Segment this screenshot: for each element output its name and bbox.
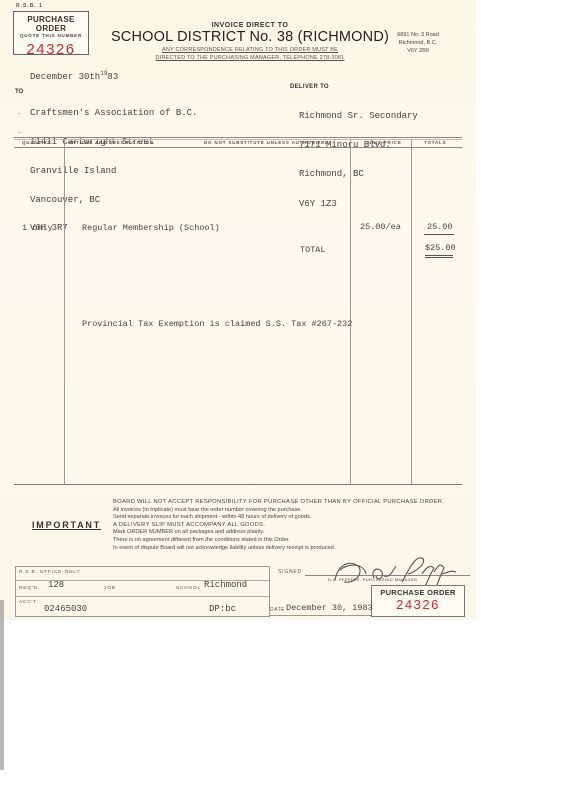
grand-total-underline xyxy=(425,257,453,258)
acct-value: 02465030 xyxy=(44,604,87,614)
bullet-dot: · xyxy=(18,128,21,137)
order-date-text: December 30th xyxy=(30,72,100,82)
signer-name: D.A. PFEFFER, PURCHASING MANAGER xyxy=(328,578,417,582)
job-label: JOB xyxy=(104,586,116,591)
delivery-address: Richmond Sr. Secondary 7171 Minoru Blvd.… xyxy=(299,92,418,229)
letterhead: INVOICE DIRECT TO SCHOOL DISTRICT No. 38… xyxy=(110,22,390,62)
col-header-unit-price: UNIT PRICE xyxy=(368,140,402,145)
important-label: IMPORTANT xyxy=(32,520,101,530)
order-date-year: 83 xyxy=(107,72,118,82)
deliver-to-label: DELIVER TO xyxy=(290,84,329,90)
office-title: R.S.B. OFFICE-ONLY xyxy=(19,570,81,575)
po-number-bottom: 24326 xyxy=(372,597,464,612)
delivery-name: Richmond Sr. Secondary xyxy=(299,112,418,122)
row-unit-price: 25.00/ea xyxy=(360,222,401,232)
form-code: R.S.B. 1 xyxy=(16,3,43,9)
col-header-quantity: QUANTITY xyxy=(22,140,51,145)
delivery-city: Richmond, BC xyxy=(299,170,418,180)
typist-initials: DP:bc xyxy=(209,604,236,614)
correspondence-line-1: ANY CORRESPONDENCE RELATING TO THIS ORDE… xyxy=(110,46,390,54)
row-quantity: 1 only xyxy=(22,223,53,233)
term-line: BOARD WILL NOT ACCEPT RESPONSIBILITY FOR… xyxy=(113,499,444,507)
tax-exemption-note: Provincial Tax Exemption is claimed S.S.… xyxy=(82,319,352,329)
column-divider xyxy=(411,140,412,484)
address-line: V6Y 2B9 xyxy=(388,47,448,55)
purchase-order-document: R.S.B. 1 PURCHASE ORDER QUOTE THIS NUMBE… xyxy=(0,0,476,620)
office-use-box: R.S.B. OFFICE-ONLY REQ'N. 128 JOB SCHOOL… xyxy=(15,566,270,617)
acct-label: ACC'T. xyxy=(19,600,39,605)
purchase-order-number-box: PURCHASE ORDER QUOTE THIS NUMBER 24326 xyxy=(13,11,89,55)
term-line: All invoices (in triplicate) must bear t… xyxy=(113,507,444,515)
scan-edge xyxy=(0,600,4,770)
po-box-bottom-title: PURCHASE ORDER xyxy=(372,588,464,597)
order-date: December 30th1983 xyxy=(30,70,118,82)
row-total: 25.00 xyxy=(427,222,453,232)
total-label: TOTAL xyxy=(300,245,326,255)
district-address: 6891 No. 3 Road Richmond, B.C. V6Y 2B9 xyxy=(388,31,448,55)
col-header-no-substitute: DO NOT SUBSTITUTE UNLESS AUTHORIZED xyxy=(204,140,329,145)
correspondence-line-2: DIRECTED TO THE PURCHASING MANAGER, TELE… xyxy=(110,54,390,62)
delivery-postal: V6Y 1Z3 xyxy=(299,200,418,210)
school-value: Richmond xyxy=(204,580,247,590)
date-line xyxy=(269,615,371,616)
po-box-title: PURCHASE ORDER xyxy=(14,15,88,33)
address-line: Richmond, B.C. xyxy=(388,39,448,47)
po-number: 24326 xyxy=(14,41,88,58)
school-label: SCHOOL xyxy=(176,586,201,591)
term-line: Mark ORDER NUMBER on all packages and ad… xyxy=(113,529,444,537)
table-header-rule xyxy=(14,147,462,148)
purchase-order-number-box-bottom: PURCHASE ORDER 24326 xyxy=(371,585,465,617)
signed-label: SIGNED xyxy=(278,569,302,575)
subtotal-underline xyxy=(424,234,454,235)
column-divider xyxy=(64,140,65,484)
term-line: There is no agreement different from the… xyxy=(113,537,444,545)
req-value: 128 xyxy=(48,580,64,590)
grand-total-underline xyxy=(425,255,453,256)
term-line: A DELIVERY SLIP MUST ACCOMPANY ALL GOODS… xyxy=(113,522,444,530)
district-name: SCHOOL DISTRICT No. 38 (RICHMOND) xyxy=(110,29,390,46)
date-label: DATE xyxy=(270,607,285,613)
to-label: TO xyxy=(15,89,23,95)
invoice-direct-label: INVOICE DIRECT TO xyxy=(110,22,390,29)
vendor-name: Craftsmen's Association of B.C. xyxy=(30,109,197,119)
terms-list: BOARD WILL NOT ACCEPT RESPONSIBILITY FOR… xyxy=(113,499,444,552)
bullet-dot: · xyxy=(18,109,21,118)
col-header-totals: TOTALS xyxy=(424,140,446,145)
table-bottom-rule xyxy=(14,484,462,485)
grand-total: $25.00 xyxy=(425,243,456,253)
vendor-city: Vancouver, BC xyxy=(30,196,197,206)
col-header-article: ARTICLE AND SPECIFICATION xyxy=(68,140,154,145)
term-line: Send separate invoices for each shipment… xyxy=(113,514,444,522)
table-top-rule xyxy=(14,137,462,138)
address-line: 6891 No. 3 Road xyxy=(388,31,448,39)
column-divider xyxy=(350,140,351,484)
date-value: December 30, 1983 xyxy=(286,603,373,613)
row-article: Regular Membership (School) xyxy=(82,223,220,233)
po-box-subtitle: QUOTE THIS NUMBER xyxy=(14,33,88,38)
req-label: REQ'N. xyxy=(19,586,40,591)
vendor-area: Granville Island xyxy=(30,167,197,177)
